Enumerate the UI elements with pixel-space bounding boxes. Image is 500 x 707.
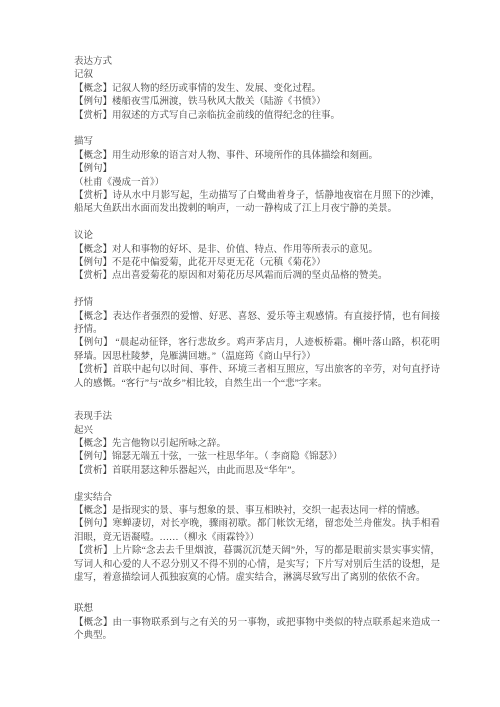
section-lianxiang: 联想 【概念】由一事物联系到与之有关的另一事物，或把事物中类似的特点联系起来造成… bbox=[74, 603, 440, 643]
qixing-analysis-para: 【赏析】首联用瑟这种乐器起兴，由此而思及“华年”。 bbox=[74, 465, 440, 478]
argumentation-concept-para: 【概念】对人和事物的好坏、是非、价值、特点、作用等所表示的意见。 bbox=[74, 244, 440, 257]
section-qixing: 起兴 【概念】先言他物以引起所咏之辞。 【例句】锦瑟无端五十弦，一弦一柱思华年。… bbox=[74, 425, 440, 479]
section-title-xushi-jiehe: 虚实结合 bbox=[74, 492, 440, 505]
xushi-concept-para: 【概念】是指现实的景、事与想象的景、事互相映衬，交织一起表达同一样的情感。 bbox=[74, 505, 440, 518]
document-content: 表达方式 记叙 【概念】记叙人物的经历或事情的发生、发展、变化过程。 【例句】楼… bbox=[74, 56, 440, 644]
document-page: 表达方式 记叙 【概念】记叙人物的经历或事情的发生、发展、变化过程。 【例句】楼… bbox=[0, 0, 500, 707]
description-example-source-para: （杜甫《漫成一首》） bbox=[74, 177, 440, 190]
section-narration: 记叙 【概念】记叙人物的经历或事情的发生、发展、变化过程。 【例句】楼船夜雪瓜洲… bbox=[74, 69, 440, 123]
section-title-argumentation: 议论 bbox=[74, 230, 440, 243]
argumentation-analysis-para: 【赏析】点出喜爱菊花的原因和对菊花历尽风霜而后凋的坚贞品格的赞美。 bbox=[74, 270, 440, 283]
group-title-expression-techniques: 表现手法 bbox=[74, 411, 440, 424]
section-xushi-jiehe: 虚实结合 【概念】是指现实的景、事与想象的景、事互相映衬，交织一起表达同一样的情… bbox=[74, 492, 440, 586]
qixing-concept-para: 【概念】先言他物以引起所咏之辞。 bbox=[74, 438, 440, 451]
description-example-label-para: 【例句】 bbox=[74, 163, 440, 176]
section-title-lyricism: 抒情 bbox=[74, 297, 440, 310]
lyricism-analysis-para: 【赏析】首联中起句以时间、事件、环境三者相互照应，写出旅客的辛劳，对句直抒诗人的… bbox=[74, 364, 440, 391]
section-title-narration: 记叙 bbox=[74, 69, 440, 82]
section-title-qixing: 起兴 bbox=[74, 425, 440, 438]
section-title-lianxiang: 联想 bbox=[74, 603, 440, 616]
narration-analysis-para: 【赏析】用叙述的方式写自己亲临抗金前线的值得纪念的往事。 bbox=[74, 110, 440, 123]
section-lyricism: 抒情 【概念】表达作者强烈的爱憎、好恶、喜怒、爱乐等主观感情。有直接抒情，也有间… bbox=[74, 297, 440, 391]
lyricism-concept-para: 【概念】表达作者强烈的爱憎、好恶、喜怒、爱乐等主观感情。有直接抒情，也有间接抒情… bbox=[74, 311, 440, 338]
section-argumentation: 议论 【概念】对人和事物的好坏、是非、价值、特点、作用等所表示的意见。 【例句】… bbox=[74, 230, 440, 284]
group-title-expression-modes: 表达方式 bbox=[74, 56, 440, 69]
lyricism-example-para: 【例句】 “晨起动征铎，客行悲故乡。鸡声茅店月，人迹板桥霜。槲叶落山路，枳花明驿… bbox=[74, 337, 440, 364]
section-description: 描写 【概念】用生动形象的语言对人物、事件、环境所作的具体描绘和刻画。 【例句】… bbox=[74, 136, 440, 216]
xushi-analysis-para: 【赏析】上片除“念去去千里烟波，暮霭沉沉楚天阔”外，写的都是眼前实景实事实情，写… bbox=[74, 545, 440, 585]
description-concept-para: 【概念】用生动形象的语言对人物、事件、环境所作的具体描绘和刻画。 bbox=[74, 150, 440, 163]
section-title-description: 描写 bbox=[74, 136, 440, 149]
xushi-example-para: 【例句】寒蝉凄切，对长亭晚，骤雨初歇。都门帐饮无绪，留恋处兰舟催发。执手相看泪眼… bbox=[74, 518, 440, 545]
narration-example-para: 【例句】楼船夜雪瓜洲渡，铁马秋风大散关（陆游《书愤》） bbox=[74, 96, 440, 109]
lianxiang-concept-para: 【概念】由一事物联系到与之有关的另一事物，或把事物中类似的特点联系起来造成一个典… bbox=[74, 617, 440, 644]
qixing-example-para: 【例句】锦瑟无端五十弦，一弦一柱思华年。（ 李商隐《锦瑟》） bbox=[74, 451, 440, 464]
description-analysis-para: 【赏析】诗从水中月影写起，生动描写了白鹭曲着身子，恬静地夜宿在月照下的沙滩，船尾… bbox=[74, 190, 440, 217]
argumentation-example-para: 【例句】不是花中偏爱菊，此花开尽更无花（元稹《菊花》） bbox=[74, 257, 440, 270]
narration-concept-para: 【概念】记叙人物的经历或事情的发生、发展、变化过程。 bbox=[74, 83, 440, 96]
